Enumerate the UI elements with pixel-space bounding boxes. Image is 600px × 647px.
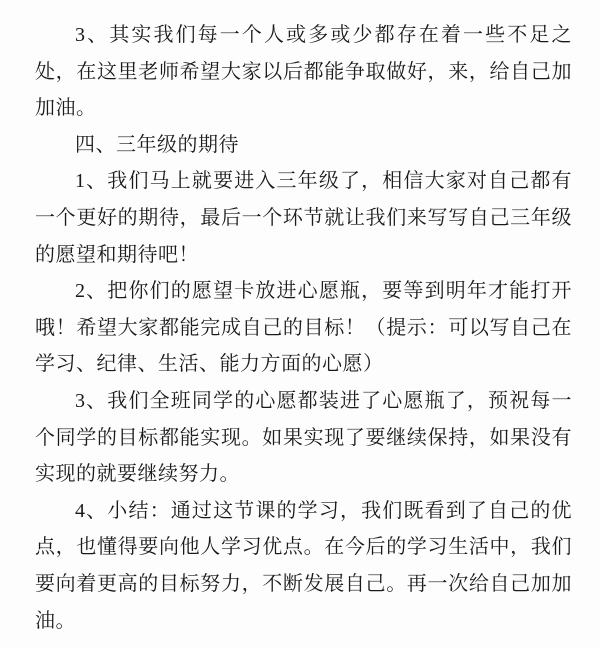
paragraph-item-3: 3、我们全班同学的心愿都装进了心愿瓶了，预祝每一个同学的目标都能实现。如果实现了… bbox=[35, 383, 572, 493]
section-heading-grade3-expectation: 四、三年级的期待 bbox=[35, 127, 572, 164]
paragraph-summary: 4、小结：通过这节课的学习，我们既看到了自己的优点，也懂得要向他人学习优点。在今… bbox=[35, 493, 572, 639]
paragraph-item-1: 1、我们马上就要进入三年级了，相信大家对自己都有一个更好的期待，最后一个环节就让… bbox=[35, 163, 572, 273]
document-page: 3、其实我们每一个人或多或少都存在着一些不足之处，在这里老师希望大家以后都能争取… bbox=[0, 0, 600, 647]
paragraph-closing-remark: 3、其实我们每一个人或多或少都存在着一些不足之处，在这里老师希望大家以后都能争取… bbox=[35, 17, 572, 127]
paragraph-item-2: 2、把你们的愿望卡放进心愿瓶，要等到明年才能打开哦！希望大家都能完成自己的目标！… bbox=[35, 273, 572, 383]
document-text-block: 3、其实我们每一个人或多或少都存在着一些不足之处，在这里老师希望大家以后都能争取… bbox=[35, 17, 572, 639]
